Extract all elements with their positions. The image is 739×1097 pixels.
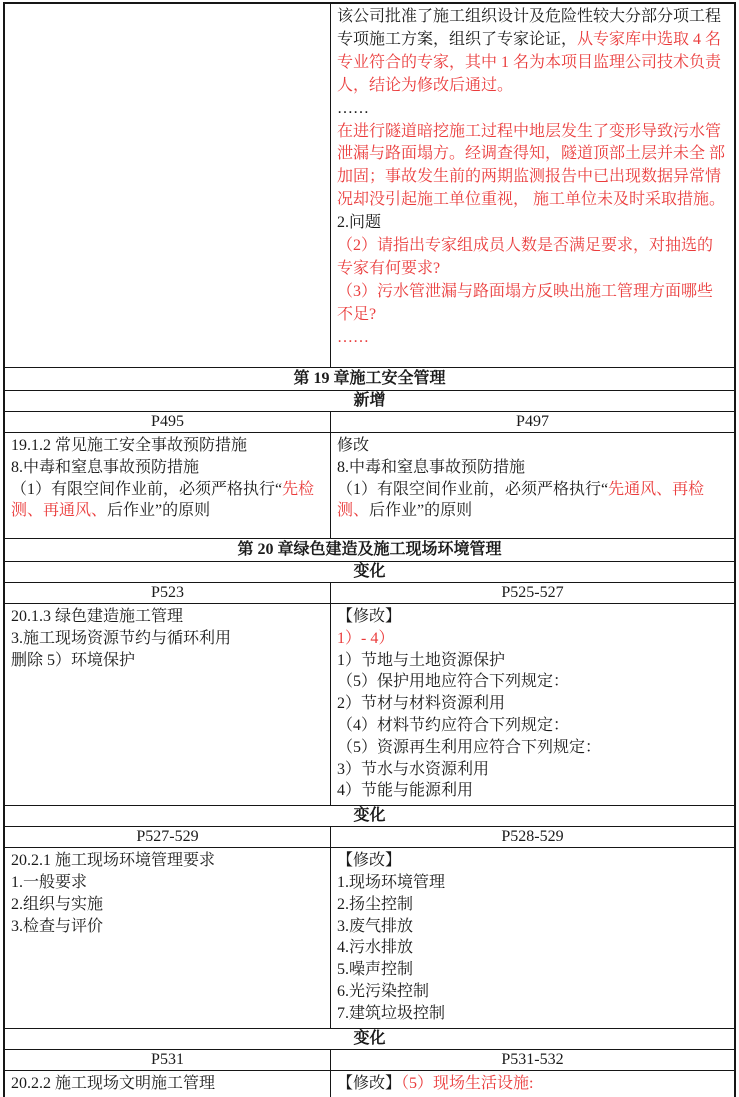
document-page: 该公司批准了施工组织设计及危险性较大分部分项工程专项施工方案，组织了专家论证，从… (0, 0, 739, 1097)
chapter20-old-text-cell: 20.1.3 绿色建造施工管理3.施工现场资源节约与循环利用删除 5）环境保护 (5, 604, 330, 805)
page-ref-right: P525-527 (330, 583, 734, 603)
text-paragraph: 1.现场环境管理 (337, 872, 728, 894)
text-run: 20.1.3 绿色建造施工管理 (11, 608, 183, 625)
sec2021-new-text-cell: 【修改】1.现场环境管理2.扬尘控制3.废气排放4.污水排放5.噪声控制6.光污… (330, 848, 734, 1027)
text-paragraph: 1.一般要求 (11, 872, 324, 894)
text-paragraph: （3）污水管泄漏与路面塌方反映出施工管理方面哪些不足? (337, 281, 728, 327)
text-paragraph: 4）节能与能源利用 (337, 780, 728, 802)
text-paragraph: 8.中毒和窒息事故预防措施 (11, 457, 324, 479)
changed-text-run: （5）现场生活设施: (401, 1075, 533, 1092)
case-study-row: 该公司批准了施工组织设计及危险性较大分部分项工程专项施工方案，组织了专家论证，从… (5, 4, 734, 367)
page-ref-left: P495 (5, 412, 330, 432)
sec2022-change-tag: 变化 (5, 1028, 734, 1049)
changed-text-run: （2）请指出专家组成员人数是否满足要求，对抽选的专家有何要求? (337, 237, 713, 277)
text-paragraph: 3.检查与评价 (11, 916, 324, 938)
text-run: （4）材料节约应符合下列规定： (337, 717, 569, 734)
text-run: 【修改】 (337, 852, 401, 869)
text-paragraph: 2.问题 (337, 212, 728, 235)
text-paragraph: （1）有限空间作业前，必须严格执行“先通风、再检测、后作业”的原则 (337, 479, 728, 523)
chapter19-title: 第 19 章施工安全管理 (5, 367, 734, 390)
sec2022-page-row: P531 P531-532 (5, 1049, 734, 1070)
text-run: 2.扬尘控制 (337, 896, 413, 913)
text-paragraph: 6.光污染控制 (337, 981, 728, 1003)
text-paragraph: 7.建筑垃圾控制 (337, 1003, 728, 1025)
text-paragraph: 4.污水排放 (337, 937, 728, 959)
text-run: 8.中毒和窒息事故预防措施 (337, 459, 525, 476)
chapter19-change-tag: 新增 (5, 390, 734, 411)
text-run: 6.光污染控制 (337, 983, 429, 1000)
text-paragraph: 1）- 4） (337, 628, 728, 650)
text-paragraph: 2）节材与材料资源利用 (337, 693, 728, 715)
text-run: 3.施工现场资源节约与循环利用 (11, 630, 231, 647)
changed-text-run: 在进行隧道暗挖施工过程中地层发生了变形导致污水管泄漏与路面塌方。经调查得知，隧道… (337, 123, 725, 209)
text-run: 后作业”的原则 (369, 502, 472, 519)
sec2021-content-row: 20.2.1 施工现场环境管理要求1.一般要求2.组织与实施3.检查与评价 【修… (5, 847, 734, 1027)
text-run: （5）资源再生利用应符合下列规定： (337, 739, 601, 756)
text-run: 2.问题 (337, 214, 381, 231)
text-paragraph: 8.中毒和窒息事故预防措施 (337, 457, 728, 479)
changed-text-run: 1）- 4） (337, 630, 394, 647)
text-run: 修改 (337, 437, 369, 454)
text-paragraph: 该公司批准了施工组织设计及危险性较大分部分项工程专项施工方案，组织了专家论证，从… (337, 6, 728, 98)
text-run: 1.一般要求 (11, 874, 87, 891)
sec2022-content-row: 20.2.2 施工现场文明施工管理 【修改】（5）现场生活设施: (5, 1070, 734, 1097)
chapter20-change-tag: 变化 (5, 561, 734, 582)
text-paragraph: 【修改】 (337, 606, 728, 628)
text-run: 删除 5）环境保护 (11, 652, 135, 669)
text-paragraph: 在进行隧道暗挖施工过程中地层发生了变形导致污水管泄漏与路面塌方。经调查得知，隧道… (337, 121, 728, 213)
sec2022-old-text-cell: 20.2.2 施工现场文明施工管理 (5, 1071, 330, 1097)
page-ref-left: P527-529 (5, 827, 330, 847)
text-paragraph: （2）请指出专家组成员人数是否满足要求，对抽选的专家有何要求? (337, 235, 728, 281)
text-paragraph: 3）节水与水资源利用 (337, 759, 728, 781)
text-paragraph: 1）节地与土地资源保护 (337, 650, 728, 672)
page-ref-right: P531-532 (330, 1050, 734, 1070)
text-paragraph: （5）资源再生利用应符合下列规定： (337, 737, 728, 759)
text-run: 20.2.2 施工现场文明施工管理 (11, 1075, 215, 1092)
text-paragraph: 【修改】 (337, 850, 728, 872)
text-run: 2.组织与实施 (11, 896, 103, 913)
text-run: …… (337, 100, 369, 117)
text-run: 8.中毒和窒息事故预防措施 (11, 459, 199, 476)
text-run: 1.现场环境管理 (337, 874, 445, 891)
text-run: 4.污水排放 (337, 939, 413, 956)
text-run: 4）节能与能源利用 (337, 782, 473, 799)
changed-text-run: …… (337, 329, 369, 346)
textbook-changes-table: 该公司批准了施工组织设计及危险性较大分部分项工程专项施工方案，组织了专家论证，从… (3, 2, 736, 1097)
text-paragraph: 删除 5）环境保护 (11, 650, 324, 672)
text-run: 20.2.1 施工现场环境管理要求 (11, 852, 215, 869)
text-paragraph: （4）材料节约应符合下列规定： (337, 715, 728, 737)
text-paragraph: …… (337, 327, 728, 350)
text-run: （1）有限空间作业前，必须严格执行“ (11, 481, 282, 498)
text-run: 【修改】 (337, 608, 401, 625)
chapter20-page-row: P523 P525-527 (5, 582, 734, 603)
chapter19-content-row: 19.1.2 常见施工安全事故预防措施8.中毒和窒息事故预防措施（1）有限空间作… (5, 432, 734, 538)
text-run: 3）节水与水资源利用 (337, 761, 489, 778)
text-run: 2）节材与材料资源利用 (337, 695, 505, 712)
chapter19-page-row: P495 P497 (5, 411, 734, 432)
page-ref-right: P528-529 (330, 827, 734, 847)
text-paragraph: （5）保护用地应符合下列规定： (337, 671, 728, 693)
text-run: 7.建筑垃圾控制 (337, 1005, 445, 1022)
chapter20-new-text-cell: 【修改】1）- 4）1）节地与土地资源保护（5）保护用地应符合下列规定：2）节材… (330, 604, 734, 805)
case-text-cell: 该公司批准了施工组织设计及危险性较大分部分项工程专项施工方案，组织了专家论证，从… (330, 4, 734, 367)
text-paragraph: 20.1.3 绿色建造施工管理 (11, 606, 324, 628)
text-run: （1）有限空间作业前，必须严格执行“ (337, 481, 608, 498)
text-paragraph: 3.废气排放 (337, 916, 728, 938)
text-run: 后作业”的原则 (107, 502, 210, 519)
text-paragraph: …… (337, 98, 728, 121)
changed-text-run: （3）污水管泄漏与路面塌方反映出施工管理方面哪些不足? (337, 283, 713, 323)
text-paragraph: 20.2.1 施工现场环境管理要求 (11, 850, 324, 872)
chapter20-content-row: 20.1.3 绿色建造施工管理3.施工现场资源节约与循环利用删除 5）环境保护 … (5, 603, 734, 805)
text-paragraph: 20.2.2 施工现场文明施工管理 (11, 1073, 324, 1095)
text-run: 19.1.2 常见施工安全事故预防措施 (11, 437, 247, 454)
text-run: （5）保护用地应符合下列规定： (337, 673, 569, 690)
text-paragraph: 2.组织与实施 (11, 894, 324, 916)
chapter20-title: 第 20 章绿色建造及施工现场环境管理 (5, 538, 734, 561)
case-left-empty-cell (5, 4, 330, 367)
page-ref-left: P523 (5, 583, 330, 603)
text-paragraph: （1）有限空间作业前，必须严格执行“先检测、再通风、后作业”的原则 (11, 479, 324, 523)
sec2022-new-text-cell: 【修改】（5）现场生活设施: (330, 1071, 734, 1097)
text-paragraph: 3.施工现场资源节约与循环利用 (11, 628, 324, 650)
chapter19-old-text-cell: 19.1.2 常见施工安全事故预防措施8.中毒和窒息事故预防措施（1）有限空间作… (5, 433, 330, 538)
text-paragraph: 19.1.2 常见施工安全事故预防措施 (11, 435, 324, 457)
page-ref-right: P497 (330, 412, 734, 432)
text-run: 1）节地与土地资源保护 (337, 652, 505, 669)
text-paragraph: 2.扬尘控制 (337, 894, 728, 916)
text-run: 3.检查与评价 (11, 918, 103, 935)
text-paragraph: 5.噪声控制 (337, 959, 728, 981)
text-run: 3.废气排放 (337, 918, 413, 935)
chapter19-new-text-cell: 修改8.中毒和窒息事故预防措施（1）有限空间作业前，必须严格执行“先通风、再检测… (330, 433, 734, 538)
text-paragraph: 修改 (337, 435, 728, 457)
sec2021-page-row: P527-529 P528-529 (5, 826, 734, 847)
text-run: 【修改】 (337, 1075, 401, 1092)
sec2021-change-tag: 变化 (5, 805, 734, 826)
text-run: 5.噪声控制 (337, 961, 413, 978)
sec2021-old-text-cell: 20.2.1 施工现场环境管理要求1.一般要求2.组织与实施3.检查与评价 (5, 848, 330, 1027)
page-ref-left: P531 (5, 1050, 330, 1070)
text-paragraph: 【修改】（5）现场生活设施: (337, 1073, 728, 1095)
